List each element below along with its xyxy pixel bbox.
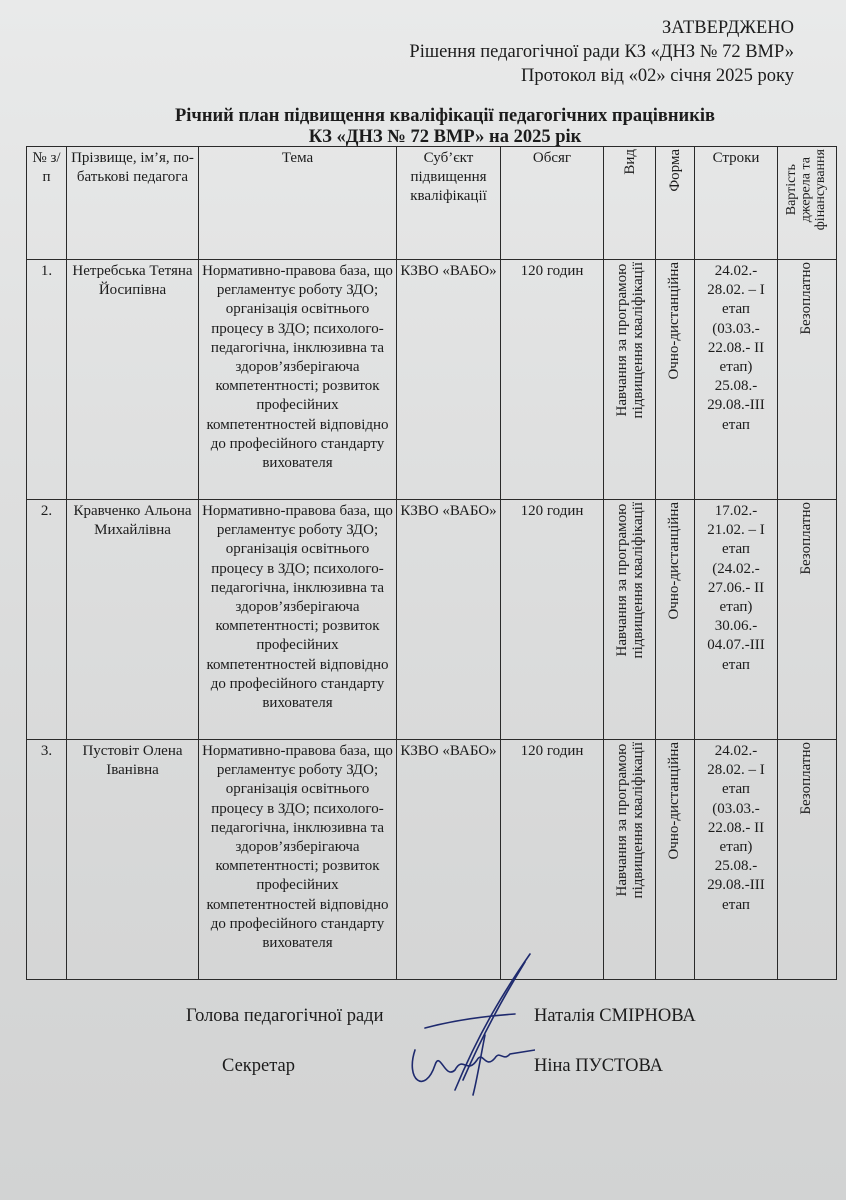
training-topic: Нормативно-правова база, що регламентує … (199, 500, 397, 740)
training-kind: Навчання за програмоюпідвищення кваліфік… (604, 500, 656, 740)
training-cost: Безоплатно (778, 260, 837, 500)
training-terms: 24.02.- 28.02. – I етап (03.03.- 22.08.-… (695, 260, 778, 500)
signature-scribble-icon (385, 950, 535, 1100)
row-num: 2. (27, 500, 67, 740)
training-kind: Навчання за програмоюпідвищення кваліфік… (604, 260, 656, 500)
training-volume: 120 годин (501, 500, 604, 740)
training-terms: 17.02.- 21.02. – I етап (24.02.- 27.06.-… (695, 500, 778, 740)
training-topic: Нормативно-правова база, що регламентує … (199, 260, 397, 500)
header-topic: Тема (199, 147, 397, 260)
teacher-name: Кравченко Альона Михайлівна (67, 500, 199, 740)
training-provider: КЗВО «ВАБО» (397, 260, 501, 500)
secretary-name: Ніна ПУСТОВА (534, 1056, 663, 1077)
approval-decision: Рішення педагогічної ради КЗ «ДНЗ № 72 В… (409, 40, 794, 64)
header-terms: Строки (695, 147, 778, 260)
training-volume: 120 годин (501, 260, 604, 500)
training-topic: Нормативно-правова база, що регламентує … (199, 740, 397, 980)
table-row: 1.Нетребська Тетяна ЙосипівнаНормативно-… (27, 260, 837, 500)
header-cost: Вартістьджерела тафінансування (778, 147, 837, 260)
header-form: Форма (656, 147, 695, 260)
approval-protocol: Протокол від «02» січня 2025 року (409, 64, 794, 88)
header-form-text: Форма (667, 149, 683, 192)
training-terms: 24.02.- 28.02. – I етап (03.03.- 22.08.-… (695, 740, 778, 980)
table-row: 3.Пустовіт Олена ІванівнаНормативно-прав… (27, 740, 837, 980)
training-cost: Безоплатно (778, 740, 837, 980)
secretary-role: Секретар (222, 1056, 295, 1077)
row-num: 3. (27, 740, 67, 980)
teacher-name: Нетребська Тетяна Йосипівна (67, 260, 199, 500)
header-volume: Обсяг (501, 147, 604, 260)
training-kind: Навчання за програмоюпідвищення кваліфік… (604, 740, 656, 980)
title-line-2: КЗ «ДНЗ № 72 ВМР» на 2025 рік (44, 127, 846, 148)
row-num: 1. (27, 260, 67, 500)
document-title: Річний план підвищення кваліфікації педа… (0, 106, 846, 148)
header-cost-text: Вартістьджерела тафінансування (785, 149, 829, 230)
header-subject: Суб’єкт підвищення кваліфікації (397, 147, 501, 260)
header-name: Прізвище, ім’я, по-батькові педагога (67, 147, 199, 260)
training-cost: Безоплатно (778, 500, 837, 740)
training-provider: КЗВО «ВАБО» (397, 500, 501, 740)
chair-name: Наталія СМІРНОВА (534, 1006, 696, 1027)
header-kind-text: Вид (622, 149, 638, 175)
training-provider: КЗВО «ВАБО» (397, 740, 501, 980)
training-form: Очно-дистанційна (656, 500, 695, 740)
title-line-1: Річний план підвищення кваліфікації педа… (44, 106, 846, 127)
chair-role: Голова педагогічної ради (186, 1006, 383, 1027)
approval-stamp: ЗАТВЕРДЖЕНО Рішення педагогічної ради КЗ… (409, 16, 794, 88)
training-form: Очно-дистанційна (656, 260, 695, 500)
table-row: 2.Кравченко Альона МихайлівнаНормативно-… (27, 500, 837, 740)
approval-heading: ЗАТВЕРДЖЕНО (409, 16, 794, 40)
teacher-name: Пустовіт Олена Іванівна (67, 740, 199, 980)
training-form: Очно-дистанційна (656, 740, 695, 980)
qualification-plan-table: № з/п Прізвище, ім’я, по-батькові педаго… (26, 146, 837, 980)
header-kind: Вид (604, 147, 656, 260)
table-header-row: № з/п Прізвище, ім’я, по-батькові педаго… (27, 147, 837, 260)
header-num: № з/п (27, 147, 67, 260)
training-volume: 120 годин (501, 740, 604, 980)
